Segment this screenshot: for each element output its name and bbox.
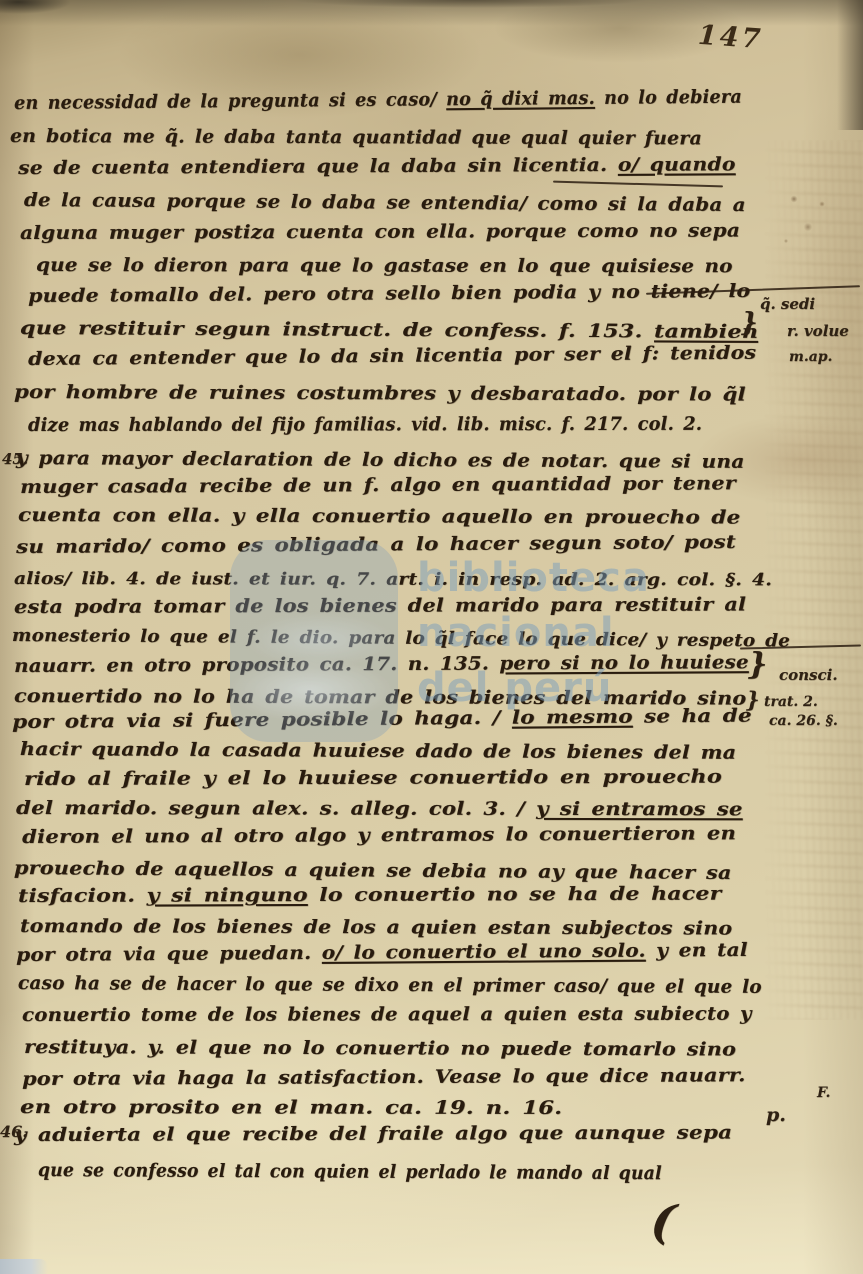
manuscript-line: conuertio tome de los bienes de aquel a …	[22, 1006, 752, 1026]
margin-note: m.ap.	[789, 350, 832, 364]
manuscript-line: tomando de los bienes de los a quien est…	[20, 918, 732, 939]
manuscript-line: caso ha se de hacer lo que se dixo en el…	[18, 975, 762, 997]
manuscript-line: hacir quando la casada huuiese dado de l…	[20, 741, 736, 763]
manuscript-line: que se confesso el tal con quien el perl…	[38, 1162, 662, 1184]
manuscript-line: su marido/ como es obligada a lo hacer s…	[16, 534, 736, 558]
margin-note: trat. 2.	[764, 695, 818, 709]
manuscript-line: y aduierta el que recibe del fraile algo…	[14, 1124, 732, 1145]
margin-note: 46.	[0, 1124, 28, 1140]
margin-note: F.	[817, 1086, 830, 1100]
manuscript-line: y para mayor declaration de lo dicho es …	[16, 450, 745, 472]
margin-note: r. volue	[787, 324, 849, 339]
manuscript-line: dexa ca entender que lo da sin licentia …	[28, 345, 756, 370]
manuscript-line: se de cuenta entendiera que la daba sin …	[18, 156, 736, 178]
manuscript-text: en necessidad de la pregunta si es caso/…	[0, 0, 863, 1274]
margin-note: ca. 26. §.	[769, 714, 838, 728]
manuscript-line: muger casada recibe de un f. algo en qua…	[20, 475, 736, 497]
manuscript-line: nauarr. en otro proposito ca. 17. n. 135…	[14, 654, 749, 676]
margin-note: p.	[766, 1106, 786, 1125]
margin-note: consci.	[779, 668, 838, 683]
manuscript-line: cuenta con ella. y ella conuertio aquell…	[18, 507, 741, 528]
manuscript-line: restituya. y. el que no lo conuertio no …	[24, 1039, 736, 1060]
manuscript-line: en botica me q̃. le daba tanta quantidad…	[10, 128, 702, 149]
margin-note: 45.	[2, 452, 28, 467]
manuscript-line: por otra via si fuere posible lo haga. /…	[12, 708, 752, 733]
manuscript-line: de la causa porque se lo daba se entendi…	[24, 192, 746, 216]
manuscript-line: tisfacion. y si ninguno lo conuertio no …	[18, 886, 722, 907]
manuscript-line: por hombre de ruines costumbres y desbar…	[14, 384, 746, 405]
manuscript-line: monesterio lo que el f. le dio. para lo …	[12, 628, 790, 651]
manuscript-line: dize mas hablando del fijo familias. vid…	[28, 416, 702, 436]
manuscript-line: por otra via haga la satisfaction. Vease…	[22, 1067, 746, 1089]
manuscript-line: rido al fraile y el lo huuiese conuertid…	[24, 769, 722, 790]
margin-note: q̃. sedi	[760, 297, 815, 312]
manuscript-line: en otro prosito en el man. ca. 19. n. 16…	[20, 1099, 562, 1118]
manuscript-line: que se lo dieron para que lo gastase en …	[36, 257, 733, 277]
manuscript-line: alios/ lib. 4. de iust. et iur. q. 7. ar…	[14, 571, 772, 589]
manuscript-line: por otra via que puedan. o/ lo conuertio…	[16, 942, 748, 966]
manuscript-line: del marido. segun alex. s. alleg. col. 3…	[16, 800, 743, 820]
manuscript-line: puede tomallo del. pero otra sello bien …	[28, 283, 750, 307]
manuscript-line: alguna muger postiza cuenta con ella. po…	[20, 222, 740, 243]
margin-note: }	[741, 310, 758, 336]
manuscript-line: que restituir segun instruct. de confess…	[20, 320, 758, 342]
margin-note: }	[748, 650, 767, 680]
manuscript-page: 147 en necessidad de la pregunta si es c…	[0, 0, 863, 1274]
manuscript-line: en necessidad de la pregunta si es caso/…	[14, 89, 742, 114]
manuscript-line: dieron el uno al otro algo y entramos lo…	[22, 825, 736, 847]
margin-note: }	[746, 689, 760, 710]
manuscript-line: prouecho de aquellos a quien se debia no…	[14, 860, 732, 884]
manuscript-line: esta podra tomar de los bienes del marid…	[14, 596, 746, 617]
